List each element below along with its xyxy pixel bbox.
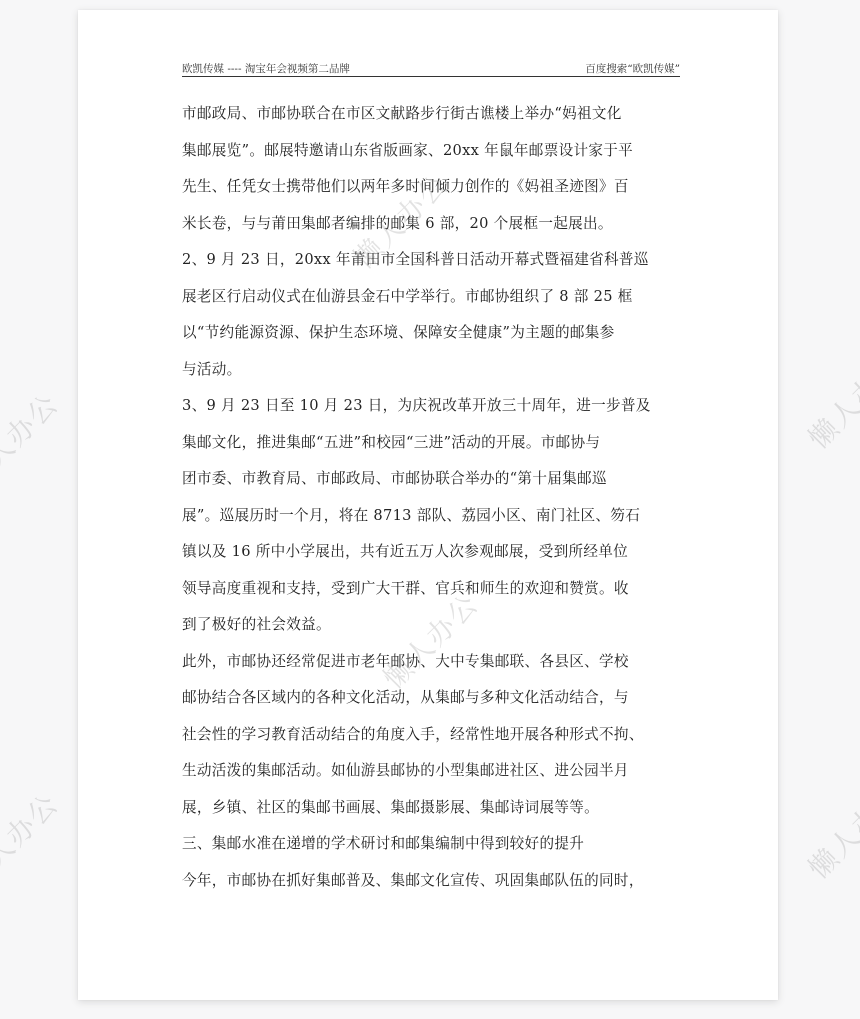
text-line: 邮协结合各区域内的各种文化活动，从集邮与多种文化活动结合，与	[182, 680, 687, 717]
text-line: 2、9 月 23 日，20xx 年莆田市全国科普日活动开幕式暨福建省科普巡	[182, 242, 687, 279]
text-line: 领导高度重视和支持，受到广大干群、官兵和师生的欢迎和赞赏。收	[182, 571, 687, 608]
text-line: 3、9 月 23 日至 10 月 23 日，为庆祝改革开放三十周年，进一步普及	[182, 388, 687, 425]
watermark: 懒人办公	[798, 773, 860, 886]
watermark: 懒人办公	[0, 783, 67, 896]
watermark: 懒人办公	[798, 343, 860, 456]
text-line: 社会性的学习教育活动结合的角度入手，经常性地开展各种形式不拘、	[182, 717, 687, 754]
text-line: 展，乡镇、社区的集邮书画展、集邮摄影展、集邮诗词展等等。	[182, 790, 687, 827]
text-line: 到了极好的社会效益。	[182, 607, 687, 644]
text-line: 镇以及 16 所中小学展出，共有近五万人次参观邮展，受到所经单位	[182, 534, 687, 571]
text-line: 集邮展览”。邮展特邀请山东省版画家、20xx 年鼠年邮票设计家于平	[182, 133, 687, 170]
text-line: 先生、任凭女士携带他们以两年多时间倾力创作的《妈祖圣迹图》百	[182, 169, 687, 206]
text-line: 团市委、市教育局、市邮政局、市邮协联合举办的“第十届集邮巡	[182, 461, 687, 498]
document-body: 市邮政局、市邮协联合在市区文献路步行街古谯楼上举办“妈祖文化 集邮展览”。邮展特…	[182, 96, 687, 899]
text-line: 市邮政局、市邮协联合在市区文献路步行街古谯楼上举办“妈祖文化	[182, 96, 687, 133]
document-page: 欧凯传媒 ---- 淘宝年会视频第二品牌 百度搜索“欧凯传媒” 市邮政局、市邮协…	[78, 10, 778, 1000]
watermark: 懒人办公	[0, 383, 67, 496]
text-line: 与活动。	[182, 352, 687, 389]
page-header: 欧凯传媒 ---- 淘宝年会视频第二品牌 百度搜索“欧凯传媒”	[182, 60, 680, 77]
header-right-text: 百度搜索“欧凯传媒”	[585, 63, 680, 75]
header-left-text: 欧凯传媒 ---- 淘宝年会视频第二品牌	[182, 63, 350, 75]
text-line: 以“节约能源资源、保护生态环境、保障安全健康”为主题的邮集参	[182, 315, 687, 352]
text-line: 展”。巡展历时一个月，将在 8713 部队、荔园小区、南门社区、笏石	[182, 498, 687, 535]
text-line: 此外，市邮协还经常促进市老年邮协、大中专集邮联、各县区、学校	[182, 644, 687, 681]
text-line: 展老区行启动仪式在仙游县金石中学举行。市邮协组织了 8 部 25 框	[182, 279, 687, 316]
text-line: 今年，市邮协在抓好集邮普及、集邮文化宣传、巩固集邮队伍的同时，	[182, 863, 687, 900]
text-line: 生动活泼的集邮活动。如仙游县邮协的小型集邮进社区、进公园半月	[182, 753, 687, 790]
text-line: 三、集邮水准在递增的学术研讨和邮集编制中得到较好的提升	[182, 826, 687, 863]
text-line: 米长卷，与与莆田集邮者编排的邮集 6 部，20 个展框一起展出。	[182, 206, 687, 243]
text-line: 集邮文化，推进集邮“五进”和校园“三进”活动的开展。市邮协与	[182, 425, 687, 462]
